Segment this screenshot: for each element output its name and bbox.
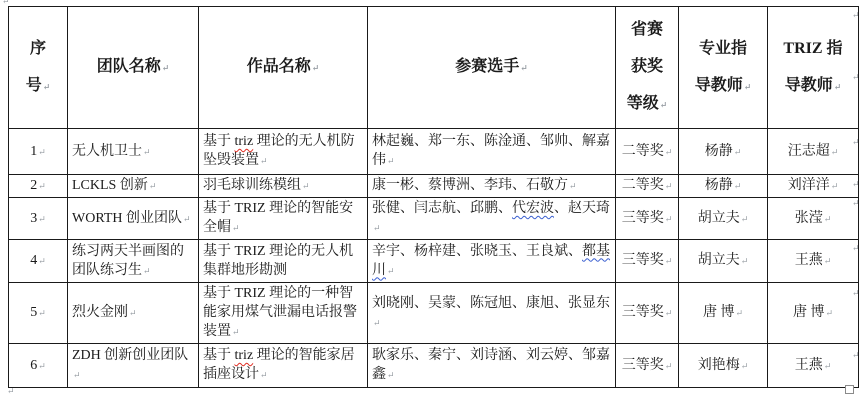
paragraph-mark-icon: ↵ bbox=[831, 181, 839, 191]
paragraph-mark-icon: ↵ bbox=[232, 327, 240, 337]
paragraph-mark-icon: ↵ bbox=[834, 82, 842, 92]
paragraph-mark-icon: ↵ bbox=[232, 223, 240, 233]
table-row: 3↵ WORTH 创业团队↵ 基于 TRIZ 理论的智能安全帽↵ 张健、闫志航、… bbox=[9, 198, 859, 240]
paragraph-mark-icon: ↵ bbox=[373, 318, 381, 328]
paragraph-mark-icon: ↵ bbox=[851, 137, 860, 148]
paragraph-mark-icon: ↵ bbox=[824, 256, 832, 266]
paragraph-mark-icon: ↵ bbox=[6, 386, 15, 397]
paragraph-mark-icon: ↵ bbox=[73, 370, 81, 380]
awards-table: 序 号↵ 团队名称↵ 作品名称↵ 参赛选手↵ 省赛 获奖 等级↵ 专业指 导教师… bbox=[8, 6, 859, 388]
table-row: 1↵ 无人机卫士↵ 基于 triz 理论的无人机防坠毁装置↵ 林起巍、郑一东、陈… bbox=[9, 129, 859, 175]
header-pro-teacher[interactable]: 专业指 导教师↵ bbox=[679, 7, 768, 129]
paragraph-mark-icon: ↵ bbox=[260, 156, 268, 166]
cell-award-level[interactable]: 二等奖↵ bbox=[616, 175, 679, 198]
paragraph-mark-icon: ↵ bbox=[38, 308, 46, 318]
paragraph-mark-icon: ↵ bbox=[852, 198, 860, 208]
cell-award-level[interactable]: 三等奖↵ bbox=[616, 198, 679, 240]
paragraph-mark-icon: ↵ bbox=[373, 223, 381, 233]
header-work-name[interactable]: 作品名称↵ bbox=[199, 7, 368, 129]
cell-triz-teacher[interactable]: 张滢↵ bbox=[768, 198, 859, 240]
paragraph-mark-icon: ↵ bbox=[387, 370, 395, 380]
paragraph-mark-icon: ↵ bbox=[852, 350, 860, 360]
cell-serial-number[interactable]: 1↵ bbox=[9, 129, 68, 175]
paragraph-mark-icon: ↵ bbox=[520, 63, 528, 73]
paragraph-mark-icon: ↵ bbox=[851, 288, 860, 299]
paragraph-mark-icon: ↵ bbox=[734, 147, 742, 157]
cell-pro-teacher[interactable]: 胡立夫↵ bbox=[679, 240, 768, 283]
cell-work-name[interactable]: 基于 triz 理论的智能家居插座设计↵ bbox=[199, 344, 368, 388]
paragraph-mark-icon: ↵ bbox=[852, 179, 860, 189]
paragraph-mark-icon: ↵ bbox=[852, 243, 860, 253]
cell-participants[interactable]: 林起巍、郑一东、陈淦通、邹帅、解嘉伟↵ bbox=[368, 129, 616, 175]
paragraph-mark-icon: ↵ bbox=[302, 181, 310, 191]
paragraph-mark-icon: ↵ bbox=[824, 214, 832, 224]
cell-award-level[interactable]: 三等奖↵ bbox=[616, 283, 679, 344]
paragraph-mark-icon: ↵ bbox=[851, 350, 860, 361]
paragraph-mark-icon: ↵ bbox=[735, 308, 743, 318]
cell-serial-number[interactable]: 3↵ bbox=[9, 198, 68, 240]
header-participants[interactable]: 参赛选手↵ bbox=[368, 7, 616, 129]
cell-team-name[interactable]: 无人机卫士↵ bbox=[68, 129, 199, 175]
cell-triz-teacher[interactable]: 刘洋洋↵ bbox=[768, 175, 859, 198]
table-row: 2↵ LCKLS 创新↵ 羽毛球训练模组↵ 康一彬、蔡博洲、李玮、石敬方↵ 二等… bbox=[9, 175, 859, 198]
cell-work-name[interactable]: 羽毛球训练模组↵ bbox=[199, 175, 368, 198]
cell-participants[interactable]: 康一彬、蔡博洲、李玮、石敬方↵ bbox=[368, 175, 616, 198]
paragraph-mark-icon: ↵ bbox=[38, 214, 46, 224]
cell-participants[interactable]: 耿家乐、秦宁、刘诗涵、刘云婷、邹嘉鑫↵ bbox=[368, 344, 616, 388]
paragraph-mark-icon: ↵ bbox=[851, 243, 860, 254]
paragraph-mark-icon: ↵ bbox=[38, 181, 46, 191]
table-resize-handle-icon[interactable] bbox=[845, 385, 854, 394]
cell-triz-teacher[interactable]: 王燕↵ bbox=[768, 344, 859, 388]
cell-pro-teacher[interactable]: 胡立夫↵ bbox=[679, 198, 768, 240]
table-row: 6↵ ZDH 创新创业团队↵ 基于 triz 理论的智能家居插座设计↵ 耿家乐、… bbox=[9, 344, 859, 388]
header-team-name[interactable]: 团队名称↵ bbox=[68, 7, 199, 129]
paragraph-mark-icon: ↵ bbox=[260, 370, 268, 380]
cell-triz-teacher[interactable]: 王燕↵ bbox=[768, 240, 859, 283]
spellcheck-underline: triz bbox=[235, 348, 254, 363]
cell-participants[interactable]: 张健、闫志航、邱鹏、代宏波、赵天琦↵ bbox=[368, 198, 616, 240]
cell-award-level[interactable]: 二等奖↵ bbox=[616, 129, 679, 175]
paragraph-mark-icon: ↵ bbox=[741, 214, 749, 224]
cell-award-level[interactable]: 三等奖↵ bbox=[616, 344, 679, 388]
paragraph-mark-icon: ↵ bbox=[149, 181, 157, 191]
cell-work-name[interactable]: 基于 TRIZ 理论的无人机集群地形勘测 bbox=[199, 240, 368, 283]
paragraph-mark-icon: ↵ bbox=[665, 147, 673, 157]
paragraph-mark-icon: ↵ bbox=[851, 72, 860, 83]
cell-triz-teacher[interactable]: 唐 博↵ bbox=[768, 283, 859, 344]
cell-work-name[interactable]: 基于 triz 理论的无人机防坠毁装置↵ bbox=[199, 129, 368, 175]
paragraph-mark-icon: ↵ bbox=[43, 82, 51, 92]
paragraph-mark-icon: ↵ bbox=[387, 266, 395, 276]
paragraph-mark-icon: ↵ bbox=[143, 266, 151, 276]
spellcheck-underline: 代宏波 bbox=[512, 201, 554, 216]
paragraph-mark-icon: ↵ bbox=[143, 147, 151, 157]
paragraph-mark-icon: ↵ bbox=[825, 308, 833, 318]
document-page: ↵ 序 号↵ 团队名称↵ 作品名称↵ 参赛选手↵ 省赛 获奖 等级↵ 专业指 导… bbox=[0, 0, 860, 398]
paragraph-mark-icon: ↵ bbox=[38, 147, 46, 157]
cell-serial-number[interactable]: 6↵ bbox=[9, 344, 68, 388]
paragraph-mark-icon: ↵ bbox=[38, 361, 46, 371]
cell-triz-teacher[interactable]: 汪志超↵ bbox=[768, 129, 859, 175]
paragraph-mark-icon: ↵ bbox=[660, 100, 668, 110]
cell-participants[interactable]: 辛宇、杨梓建、张晓玉、王良斌、都基川↵ bbox=[368, 240, 616, 283]
cell-team-name[interactable]: LCKLS 创新↵ bbox=[68, 175, 199, 198]
table-row: 4↵ 练习两天半画图的团队练习生↵ 基于 TRIZ 理论的无人机集群地形勘测 辛… bbox=[9, 240, 859, 283]
cell-team-name[interactable]: ZDH 创新创业团队↵ bbox=[68, 344, 199, 388]
paragraph-mark-icon: ↵ bbox=[7, 386, 15, 396]
header-award-level[interactable]: 省赛 获奖 等级↵ bbox=[616, 7, 679, 129]
table-header-row: 序 号↵ 团队名称↵ 作品名称↵ 参赛选手↵ 省赛 获奖 等级↵ 专业指 导教师… bbox=[9, 7, 859, 129]
cell-serial-number[interactable]: 2↵ bbox=[9, 175, 68, 198]
cell-work-name[interactable]: 基于 TRIZ 理论的一种智能家用煤气泄漏电话报警装置↵ bbox=[199, 283, 368, 344]
cell-team-name[interactable]: WORTH 创业团队↵ bbox=[68, 198, 199, 240]
cell-serial-number[interactable]: 5↵ bbox=[9, 283, 68, 344]
header-serial-number[interactable]: 序 号↵ bbox=[9, 7, 68, 129]
header-triz-teacher[interactable]: TRIZ 指 导教师↵ bbox=[768, 7, 859, 129]
paragraph-mark-icon: ↵ bbox=[852, 137, 860, 147]
cell-pro-teacher[interactable]: 杨静↵ bbox=[679, 129, 768, 175]
paragraph-mark-icon: ↵ bbox=[831, 147, 839, 157]
paragraph-mark-icon: ↵ bbox=[569, 181, 577, 191]
paragraph-mark-icon: ↵ bbox=[741, 256, 749, 266]
paragraph-mark-icon: ↵ bbox=[851, 198, 860, 209]
cell-pro-teacher[interactable]: 刘艳梅↵ bbox=[679, 344, 768, 388]
cell-team-name[interactable]: 练习两天半画图的团队练习生↵ bbox=[68, 240, 199, 283]
paragraph-mark-icon: ↵ bbox=[851, 179, 860, 190]
table-row: 5↵ 烈火金刚↵ 基于 TRIZ 理论的一种智能家用煤气泄漏电话报警装置↵ 刘晓… bbox=[9, 283, 859, 344]
cell-award-level[interactable]: 三等奖↵ bbox=[616, 240, 679, 283]
spellcheck-underline: triz bbox=[235, 134, 254, 149]
paragraph-mark-icon: ↵ bbox=[387, 156, 395, 166]
paragraph-mark-icon: ↵ bbox=[665, 308, 673, 318]
paragraph-mark-icon: ↵ bbox=[741, 361, 749, 371]
cell-serial-number[interactable]: 4↵ bbox=[9, 240, 68, 283]
paragraph-mark-icon: ↵ bbox=[851, 10, 860, 21]
paragraph-mark-icon: ↵ bbox=[38, 256, 46, 266]
paragraph-mark-icon: ↵ bbox=[183, 214, 191, 224]
paragraph-mark-icon: ↵ bbox=[852, 72, 860, 82]
cell-team-name[interactable]: 烈火金刚↵ bbox=[68, 283, 199, 344]
cell-participants[interactable]: 刘晓刚、吴蒙、陈冠旭、康旭、张显东↵ bbox=[368, 283, 616, 344]
paragraph-mark-icon: ↵ bbox=[852, 10, 860, 20]
paragraph-mark-icon: ↵ bbox=[852, 288, 860, 298]
cell-work-name[interactable]: 基于 TRIZ 理论的智能安全帽↵ bbox=[199, 198, 368, 240]
paragraph-mark-icon: ↵ bbox=[665, 181, 673, 191]
paragraph-mark-icon: ↵ bbox=[162, 63, 170, 73]
paragraph-mark-icon: ↵ bbox=[665, 256, 673, 266]
paragraph-mark-icon: ↵ bbox=[665, 361, 673, 371]
paragraph-mark-icon: ↵ bbox=[734, 181, 742, 191]
cell-pro-teacher[interactable]: 唐 博↵ bbox=[679, 283, 768, 344]
paragraph-mark-icon: ↵ bbox=[129, 308, 137, 318]
paragraph-mark-icon: ↵ bbox=[312, 63, 320, 73]
paragraph-mark-icon: ↵ bbox=[744, 82, 752, 92]
spellcheck-underline: 都基川 bbox=[372, 244, 610, 278]
paragraph-mark-icon: ↵ bbox=[824, 361, 832, 371]
paragraph-mark-icon: ↵ bbox=[665, 214, 673, 224]
cell-pro-teacher[interactable]: 杨静↵ bbox=[679, 175, 768, 198]
